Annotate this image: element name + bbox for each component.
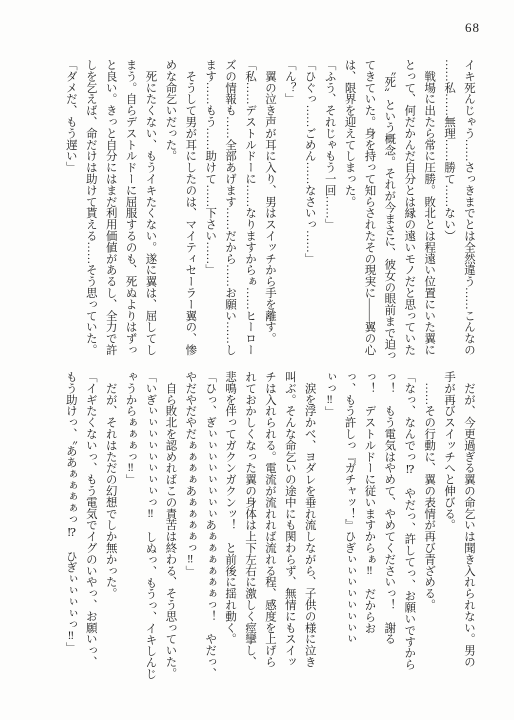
text-line: は、限界を迎えてしまった。 <box>339 59 359 357</box>
text-line: 翼の泣き声が耳に入り、男はスイッチから手を離す。 <box>259 59 279 357</box>
text-line: 「ひっ、ぎぃぃぃぃぃぃぃぃあぁぁぁぁぁぁっ！ やだっ、 <box>199 371 219 669</box>
text-block-bottom: だが、今更過ぎる翼の命乞いは聞き入れられない。男の 手が再びスイッチへと伸びる。… <box>56 371 478 669</box>
text-line: 「私……デストルドーに……なりますからぁ……ヒーロー <box>239 59 259 357</box>
text-line: だが、それはただの幻想でしか無かった。 <box>100 371 120 669</box>
text-line: 涙を浮かべ、ヨダレを垂れ流しながら、子供の様に泣き <box>299 371 319 669</box>
page-number: 68 <box>465 20 480 36</box>
text-line: ズの情報も……全部あげます……だから……お願い……し <box>219 59 239 357</box>
text-line: と良い。きっと自分にはまだ利用価値があるし、全力で許 <box>100 59 120 357</box>
text-line: そうして男が耳にしたのは、マイティセーラー翼の、惨 <box>179 59 199 357</box>
book-page: 68 イキ死んじゃう……さっきまでとは全然違う……こんなの ……私……無理……勝… <box>0 0 514 720</box>
text-line: ぃっ‼」 <box>319 371 339 669</box>
text-line: 「イギたくないっ、もう電気でイグのいやっ、お願いっ、 <box>80 371 100 669</box>
text-line: しを乞えば、命だけは助けて貰える……そう思っていた。 <box>80 59 100 357</box>
text-line: れておかしくなった翼の身体は上下左右に激しく痙攣し、 <box>239 371 259 669</box>
text-line: チは入れられる。電流が流れれば流れる程、感度を上げら <box>259 371 279 669</box>
text-block-top: イキ死んじゃう……さっきまでとは全然違う……こんなの ……私……無理……勝て……… <box>56 59 478 357</box>
text-line: イキ死んじゃう……さっきまでとは全然違う……こんなの <box>458 59 478 357</box>
text-line: 「ふう、それじゃもう一回……」 <box>319 59 339 357</box>
text-line: 悲鳴を伴ってガクンガクンッ！ と前後に揺れ動く。 <box>219 371 239 669</box>
text-line: 手が再びスイッチへと伸びる。 <box>438 371 458 669</box>
text-line: まう。自らデストルドーに屈服するのも、死ぬよりはずっ <box>120 59 140 357</box>
text-line: 戦場に出たら常に圧勝。敗北とは程遠い位置にいた翼に <box>418 59 438 357</box>
text-line: 「いぎぃぃぃぃぃぃぃぃっ‼ しぬっ、もうっ、イキしんじ <box>140 371 160 669</box>
text-line: 「ダメだ、もう遅い」 <box>60 59 80 357</box>
text-line: ゃうからぁぁぁっ‼」 <box>120 371 140 669</box>
text-line: 死にたくない、もうイキたくない。遂に翼は、屈してし <box>140 59 160 357</box>
text-line: 「ひぐっ……ごめん……なさいっ……」 <box>299 59 319 357</box>
text-line: とって、何だかんだ自分とは縁の遠いモノだと思っていた <box>398 59 418 357</box>
text-line: だが、今更過ぎる翼の命乞いは聞き入れられない。男の <box>458 371 478 669</box>
text-line: っ！ もう電気はやめて、やめてくださいっ！ 謝る <box>378 371 398 669</box>
text-line: めな命乞いだった。 <box>160 59 180 357</box>
text-line: 叫ぶ。そんな命乞いの途中にも関わらず、無情にもスイッ <box>279 371 299 669</box>
text-line: やだやだやだぁぁぁぁあぁぁぁぁっ‼」 <box>179 371 199 669</box>
text-line: 「なっ、なんでっ⁉ やだっ、許してっ、お願いですから <box>398 371 418 669</box>
text-line: っ！ デストルドーに従いますからぁ‼ だからお <box>359 371 379 669</box>
text-line: ……私……無理……勝て……ない） <box>438 59 458 357</box>
text-line: 「ん？」 <box>279 59 299 357</box>
text-line: ます……もう……助けて……下さい……」 <box>199 59 219 357</box>
text-line: ……その行動に、翼の表情が再び青ざめる。 <box>418 371 438 669</box>
text-line: もう助けっ、〝ああぁぁぁぁっ⁉ ひぎぃぃぃぃっ‼」 <box>60 371 80 669</box>
text-line: てきていた。身を持って知らされたその現実に――翼の心 <box>359 59 379 357</box>
text-line: 自ら敗北を認めればこの責苦は終わる、そう思っていた。 <box>160 371 180 669</box>
text-line: 〝死〟という概念。それが今まさに、彼女の眼前まで迫っ <box>378 59 398 357</box>
text-line: っ、もう許しっ『ガチャッ！』ひぎぃぃぃぃぃぃぃぃ <box>339 371 359 669</box>
